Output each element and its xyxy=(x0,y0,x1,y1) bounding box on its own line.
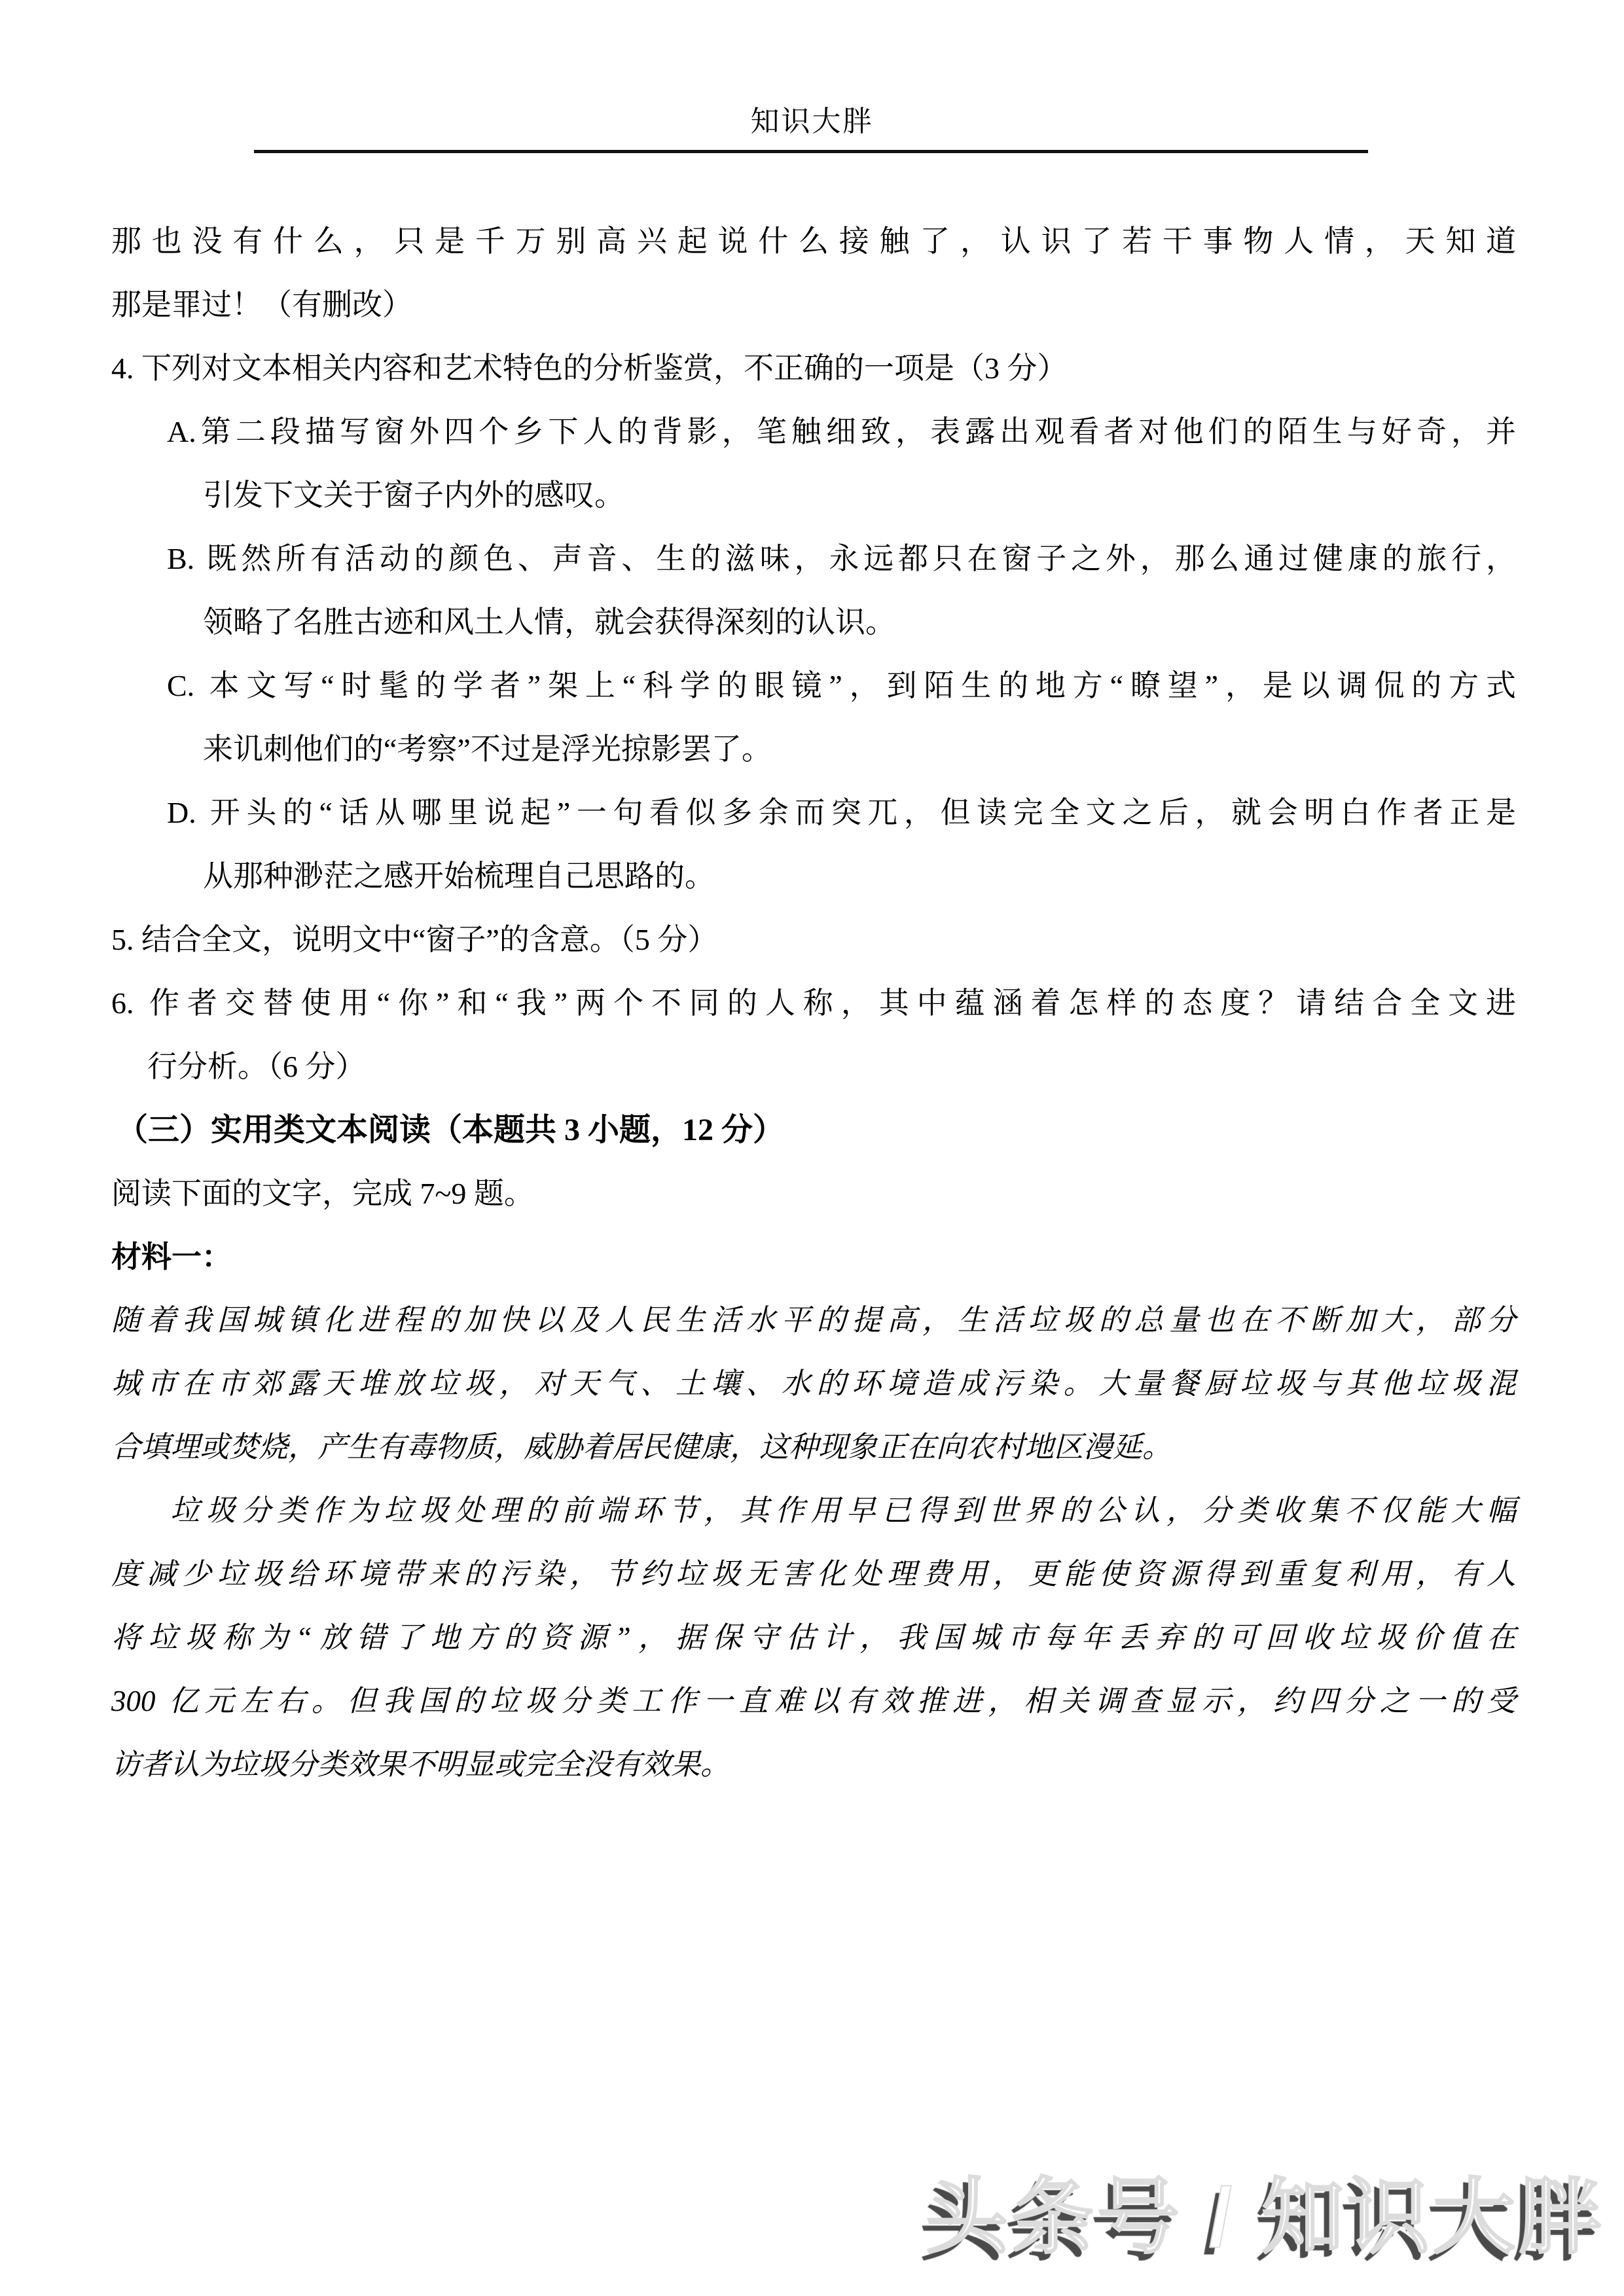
question-4-option-b-line: 领略了名胜古迹和风土人情，就会获得深刻的认识。 xyxy=(111,590,1516,654)
question-4-option-c-line: 来讥刺他们的“考察”不过是浮光掠影罢了。 xyxy=(111,717,1516,781)
material-1-para-2-line: 将垃圾称为“放错了地方的资源”，据保守估计，我国城市每年丢弃的可回收垃圾价值在 xyxy=(111,1606,1516,1670)
question-6-line: 行分析。（6 分） xyxy=(111,1035,1516,1098)
question-4-option-d-line: D. 开头的“话从哪里说起”一句看似多余而突兀，但读完全文之后，就会明白作者正是 xyxy=(111,781,1516,844)
page-header-title: 知识大胖 xyxy=(0,102,1624,141)
exam-page-body: 那也没有什么，只是千万别高兴起说什么接触了，认识了若干事物人情，天知道 那是罪过… xyxy=(111,209,1516,1797)
question-4-option-b-line: B. 既然所有活动的颜色、声音、生的滋味，永远都只在窗子之外，那么通过健康的旅行… xyxy=(111,527,1516,590)
material-1-label: 材料一： xyxy=(111,1225,1516,1289)
material-1-para-1-line: 城市在市郊露天堆放垃圾，对天气、土壤、水的环境造成污染。大量餐厨垃圾与其他垃圾混 xyxy=(111,1352,1516,1416)
question-4-option-d-line: 从那种渺茫之感开始梳理自己思路的。 xyxy=(111,844,1516,908)
passage-ending-line: 那是罪过！（有删改） xyxy=(111,273,1516,336)
question-4-stem: 4. 下列对文本相关内容和艺术特色的分析鉴赏，不正确的一项是（3 分） xyxy=(111,336,1516,400)
section-3-heading: （三）实用类文本阅读（本题共 3 小题，12 分） xyxy=(111,1098,1516,1162)
material-1-para-2-line: 度减少垃圾给环境带来的污染，节约垃圾无害化处理费用，更能使资源得到重复利用，有人 xyxy=(111,1543,1516,1606)
passage-ending-line: 那也没有什么，只是千万别高兴起说什么接触了，认识了若干事物人情，天知道 xyxy=(111,209,1516,273)
question-5-stem: 5. 结合全文，说明文中“窗子”的含意。（5 分） xyxy=(111,908,1516,971)
material-1-para-2-line: 300 亿元左右。但我国的垃圾分类工作一直难以有效推进，相关调查显示，约四分之一… xyxy=(111,1670,1516,1733)
question-4-option-a-line: A.第二段描写窗外四个乡下人的背影，笔触细致，表露出观看者对他们的陌生与好奇，并 xyxy=(111,400,1516,463)
question-4-option-c-line: C. 本文写“时髦的学者”架上“科学的眼镜”，到陌生的地方“瞭望”，是以调侃的方… xyxy=(111,654,1516,717)
material-1-para-1-line: 合填埋或焚烧，产生有毒物质，威胁着居民健康，这种现象正在向农村地区漫延。 xyxy=(111,1416,1516,1479)
section-3-read-instruction: 阅读下面的文字，完成 7~9 题。 xyxy=(111,1162,1516,1225)
material-1-para-1-line: 随着我国城镇化进程的加快以及人民生活水平的提高，生活垃圾的总量也在不断加大，部分 xyxy=(111,1289,1516,1352)
question-4-option-a-line: 引发下文关于窗子内外的感叹。 xyxy=(111,463,1516,527)
material-1-para-2-line: 垃圾分类作为垃圾处理的前端环节，其作用早已得到世界的公认，分类收集不仅能大幅 xyxy=(111,1479,1516,1543)
header-divider-line xyxy=(254,150,1368,153)
question-6-line: 6. 作者交替使用“你”和“我”两个不同的人称，其中蕴涵着怎样的态度？请结合全文… xyxy=(111,971,1516,1035)
material-1-para-2-line: 访者认为垃圾分类效果不明显或完全没有效果。 xyxy=(111,1733,1516,1797)
toutiao-watermark: 头条号 / 知识大胖 xyxy=(926,2151,1604,2270)
